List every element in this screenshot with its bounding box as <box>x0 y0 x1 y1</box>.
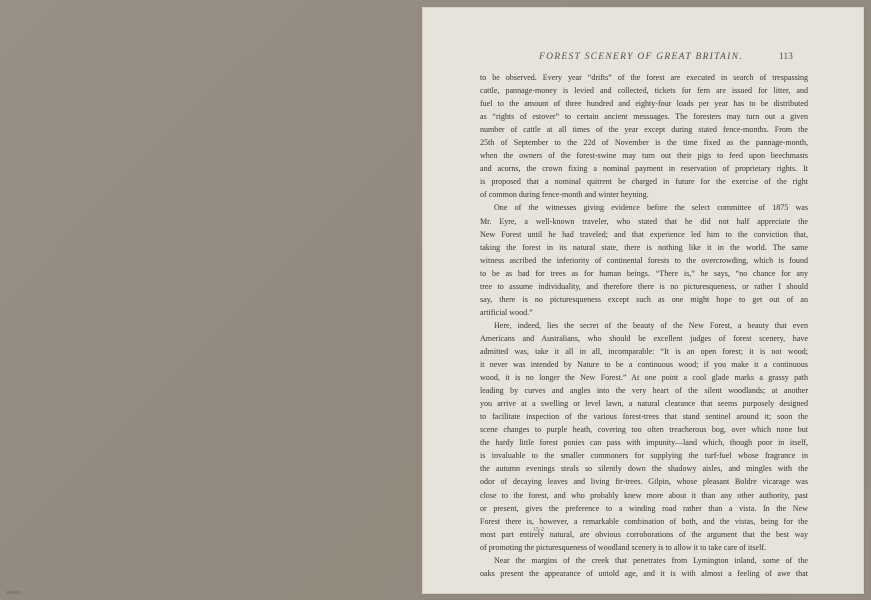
text-line: and acorns, the crown fixing a nominal p… <box>480 162 808 175</box>
text-line: Near the margins of the creek that penet… <box>480 554 808 567</box>
page-number: 113 <box>779 52 793 62</box>
text-line: leading by curves and angles into the ve… <box>480 384 808 397</box>
signature-mark: 15-2 <box>533 527 544 533</box>
text-line: Americans and Australians, who should be… <box>480 332 808 345</box>
text-line: One of the witnesses giving evidence bef… <box>480 201 808 214</box>
text-line: when the owners of the forest-swine may … <box>480 149 808 162</box>
text-line: admitted was, take it all in all, incomp… <box>480 345 808 358</box>
text-line: most part entirely natural, are obvious … <box>480 528 808 541</box>
text-line: cattle, pannage-money is levied and coll… <box>480 84 808 97</box>
book-page: FOREST SCENERY OF GREAT BRITAIN. 113 to … <box>423 8 863 593</box>
text-line: the autumn evenings steals so silently d… <box>480 462 808 475</box>
text-line: say, there is no picturesqueness except … <box>480 293 808 306</box>
paragraph: to be observed. Every year “drifts” of t… <box>480 71 808 201</box>
text-line: is invaluable to the smaller commoners f… <box>480 449 808 462</box>
text-line: fuel to the amount of three hundred and … <box>480 97 808 110</box>
text-line: Here, indeed, lies the secret of the bea… <box>480 319 808 332</box>
text-line: wood, it is no longer the New Forest.” A… <box>480 371 808 384</box>
text-line: taking the forest in its natural state, … <box>480 241 808 254</box>
text-line: scene changes to purple heath, covering … <box>480 423 808 436</box>
text-line: you arrive at a swelling or level lawn, … <box>480 397 808 410</box>
text-line: the hardy little forest ponies can pass … <box>480 436 808 449</box>
board-label-mark <box>6 591 20 594</box>
paragraph: Here, indeed, lies the secret of the bea… <box>480 319 808 554</box>
text-line: or present, gives the preference to a wi… <box>480 502 808 515</box>
text-line: Mr. Eyre, a well-known traveler, who sta… <box>480 215 808 228</box>
text-line: witness ascribed the inferiority of cont… <box>480 254 808 267</box>
text-line: is proposed that a nominal quitrent be c… <box>480 175 808 188</box>
paragraph: One of the witnesses giving evidence bef… <box>480 201 808 318</box>
running-head: FOREST SCENERY OF GREAT BRITAIN. 113 <box>423 52 863 66</box>
text-line: odor of decaying leaves and living fir-t… <box>480 475 808 488</box>
text-line: to be observed. Every year “drifts” of t… <box>480 71 808 84</box>
body-text: to be observed. Every year “drifts” of t… <box>480 71 808 580</box>
text-line: Forest there is, however, a remarkable c… <box>480 515 808 528</box>
text-line: as “rights of estover” to certain ancien… <box>480 110 808 123</box>
text-line: 25th of September to the 22d of November… <box>480 136 808 149</box>
text-line: artificial wood.” <box>480 306 808 319</box>
text-line: to be as bad for trees as for human bein… <box>480 267 808 280</box>
text-line: New Forest until he had traveled; and th… <box>480 228 808 241</box>
text-line: close to the forest, and who probably kn… <box>480 489 808 502</box>
running-head-title: FOREST SCENERY OF GREAT BRITAIN. <box>539 52 743 62</box>
text-line: oaks present the appearance of untold ag… <box>480 567 808 580</box>
text-line: to facilitate inspection of the various … <box>480 410 808 423</box>
text-line: number of cattle at all times of the yea… <box>480 123 808 136</box>
text-line: of promoting the picturesqueness of wood… <box>480 541 808 554</box>
text-line: tree to assume individuality, and theref… <box>480 280 808 293</box>
paragraph: Near the margins of the creek that penet… <box>480 554 808 580</box>
text-line: it never was intended by Nature to be a … <box>480 358 808 371</box>
text-line: of common during fence-month and winter … <box>480 188 808 201</box>
